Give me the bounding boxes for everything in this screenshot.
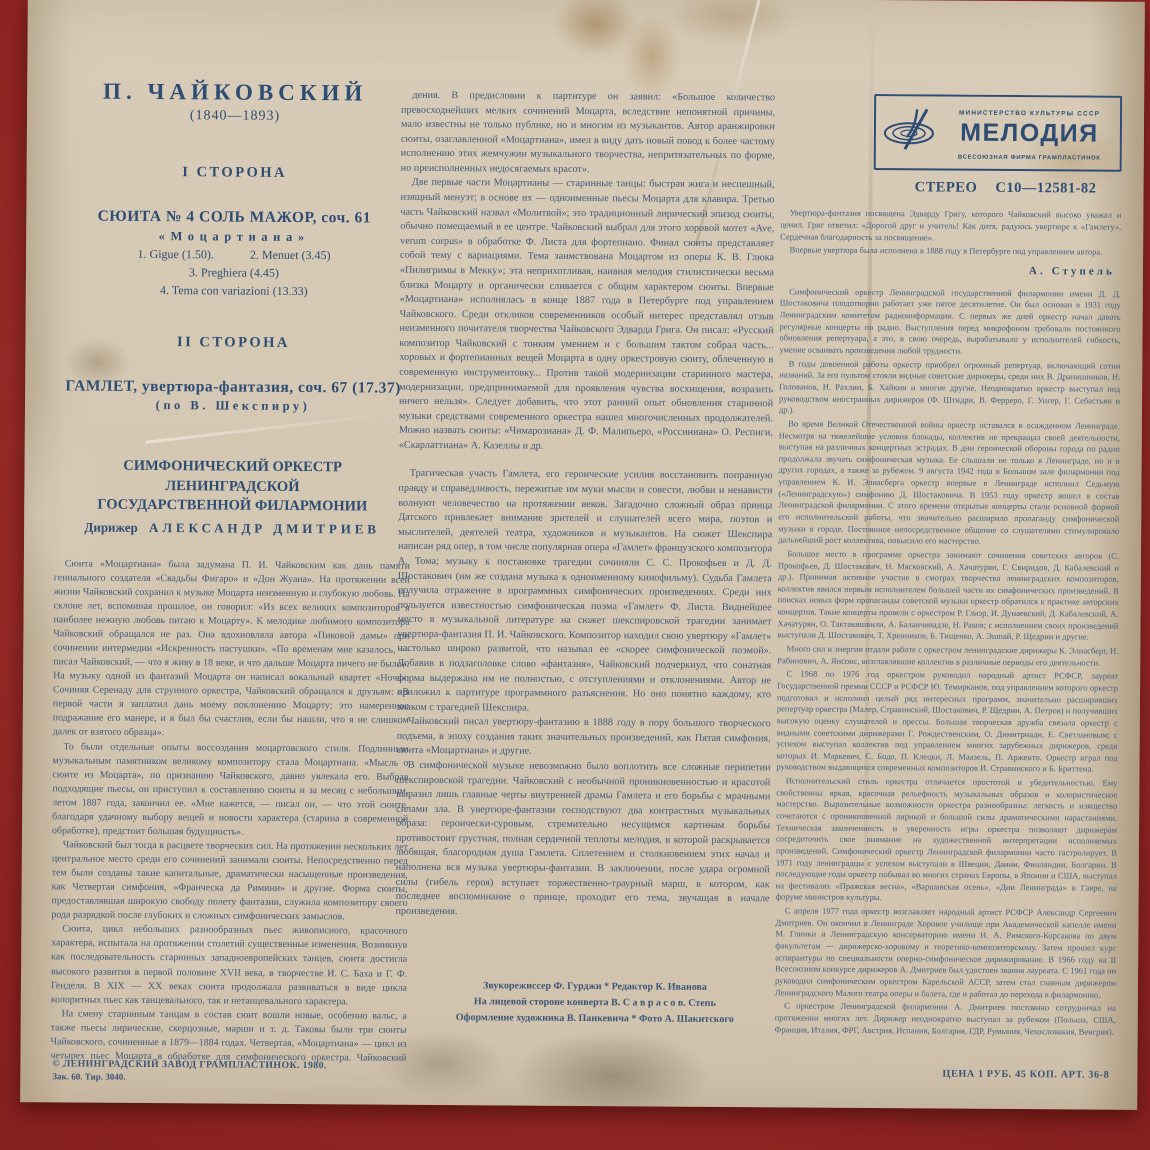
paragraph: Симфонический оркестр Ленинградской госу…: [779, 286, 1120, 358]
paragraph: Большое место в программе оркестра заним…: [777, 548, 1119, 644]
middle-column: дения. В предисловии к партитуре он заяв…: [395, 89, 775, 922]
orchestra-line1: СИМФОНИЧЕСКИЙ ОРКЕСТР ЛЕНИНГРАДСКОЙ: [123, 458, 342, 495]
orchestra-notes: Симфонический оркестр Ленинградской госу…: [775, 286, 1121, 1038]
paragraph: дения. В предисловии к партитуре он заяв…: [401, 89, 776, 179]
paragraph: В годы довоенной работы оркестр приобрел…: [779, 358, 1120, 419]
red-backdrop: П. ЧАЙКОВСКИЙ (1840—1893) I СТОРОНА СЮИТ…: [0, 0, 1150, 1150]
ministry-line: МИНИСТЕРСТВО КУЛЬТУРЫ СССР: [959, 110, 1100, 118]
side1-subtitle: «Моцартиана»: [56, 228, 412, 245]
side1-title: СЮИТА № 4 СОЛЬ МАЖОР, соч. 61: [56, 207, 412, 227]
track-line: 4. Tema con variazioni (13.33): [56, 282, 412, 299]
credits-block: Звукорежиссер Ф. Гурджи * Редактор К. Ив…: [377, 978, 813, 1029]
side2-label: II СТОРОНА: [55, 333, 411, 352]
stereo-catalog-line: СТЕРЕО С10—12581-82: [889, 179, 1121, 198]
melodiya-logo: МИНИСТЕРСТВО КУЛЬТУРЫ СССР МЕЛОДИЯ ВСЕСО…: [874, 94, 1123, 172]
orchestra-line2: ГОСУДАРСТВЕННОЙ ФИЛАРМОНИИ: [97, 497, 367, 515]
composer-years: (1840—1893): [57, 107, 413, 125]
paragraph: То были отдельные опыты воссоздания моца…: [52, 740, 409, 841]
brand-name: МЕЛОДИЯ: [960, 119, 1099, 148]
right-column: МИНИСТЕРСТВО КУЛЬТУРЫ СССР МЕЛОДИЯ ВСЕСО…: [775, 93, 1123, 1040]
paragraph: С 1968 по 1976 год оркестром руководил н…: [776, 669, 1118, 776]
paragraph: Трагическая участь Гамлета, его героичес…: [397, 467, 773, 717]
dedication-notes: Увертюра-фантазия посвящена Эдварду Григ…: [780, 208, 1121, 259]
imprint-order: Зак. 60. Тир. 3040.: [52, 1071, 326, 1083]
record-sleeve-back: П. ЧАЙКОВСКИЙ (1840—1893) I СТОРОНА СЮИТ…: [20, 0, 1145, 1110]
side2-title: ГАМЛЕТ, увертюра-фантазия, соч. 67 (17.3…: [55, 377, 411, 397]
melodiya-logo-text: МИНИСТЕРСТВО КУЛЬТУРЫ СССР МЕЛОДИЯ ВСЕСО…: [946, 102, 1113, 165]
composer-name: П. ЧАЙКОВСКИЙ: [57, 78, 413, 106]
paragraph: Увертюра-фантазия посвящена Эдварду Григ…: [780, 208, 1121, 245]
stereo-label: СТЕРЕО: [915, 180, 978, 196]
conductor-name: АЛЕКСАНДР ДМИТРИЕВ: [149, 520, 380, 537]
imprint-plant: © ЛЕНИНГРАДСКИЙ ЗАВОД ГРАМПЛАСТИНОК. 198…: [52, 1058, 326, 1071]
side2-subtitle: (по В. Шекспиру): [55, 397, 411, 414]
paragraph: Впервые увертюра была исполнена в 1888 г…: [780, 245, 1121, 259]
paragraph: Исполнительский стиль оркестра отличаетс…: [776, 775, 1118, 905]
paragraph: С оркестром Ленинградской филармонии А. …: [775, 1001, 1116, 1038]
paragraph: Чайковский был тогда в расцвете творческ…: [51, 838, 408, 925]
catalog-number: С10—12581-82: [995, 180, 1096, 197]
firm-line: ВСЕСОЮЗНАЯ ФИРМА ГРАМПЛАСТИНОК: [958, 155, 1101, 162]
paragraph: Во время Великой Отечественной войны орк…: [778, 418, 1120, 548]
paragraph: Две первые части Моцартианы — старинные …: [399, 176, 775, 456]
side1-label: I СТОРОНА: [57, 163, 413, 182]
paragraph: Много сил и энергии отдали работе с орке…: [777, 643, 1118, 669]
left-column: П. ЧАЙКОВСКИЙ (1840—1893) I СТОРОНА СЮИТ…: [50, 78, 413, 1069]
paragraph: В симфонической музыке невозможно было в…: [395, 759, 770, 922]
melodiya-emblem-icon: [883, 107, 941, 158]
paragraph: Сюита, цикл небольших разнообразных пьес…: [51, 923, 408, 1010]
paragraph: Сюита «Моцартиана» была задумана П. И. Ч…: [53, 557, 410, 742]
paragraph: Чайковский писал увертюру-фантазию в 188…: [397, 715, 771, 761]
liner-notes-left: Сюита «Моцартиана» была задумана П. И. Ч…: [50, 557, 410, 1069]
conductor-label: Дирижер: [84, 519, 138, 534]
liner-notes-mozartiana: дения. В предисловии к партитуре он заяв…: [399, 89, 776, 456]
credits-design-photo: Оформление художника В. Панкевича * Фото…: [377, 1010, 813, 1029]
track-line: 3. Preghiera (4.45): [56, 264, 412, 281]
conductor-line: Дирижер АЛЕКСАНДР ДМИТРИЕВ: [54, 519, 410, 537]
liner-notes-hamlet: Трагическая участь Гамлета, его героичес…: [395, 467, 772, 922]
orchestra-name: СИМФОНИЧЕСКИЙ ОРКЕСТР ЛЕНИНГРАДСКОЙ ГОСУ…: [54, 456, 410, 517]
price-line: ЦЕНА 1 РУБ. 45 КОП. АРТ. 36-8: [942, 1069, 1109, 1081]
author-signature: А. Ступель: [780, 263, 1115, 277]
plant-imprint: © ЛЕНИНГРАДСКИЙ ЗАВОД ГРАМПЛАСТИНОК. 198…: [52, 1058, 326, 1083]
paragraph: С апреля 1977 года оркестр возглавляет н…: [775, 905, 1117, 1001]
track-line: 1. Gigue (1.50). 2. Menuet (3.45): [56, 246, 412, 263]
